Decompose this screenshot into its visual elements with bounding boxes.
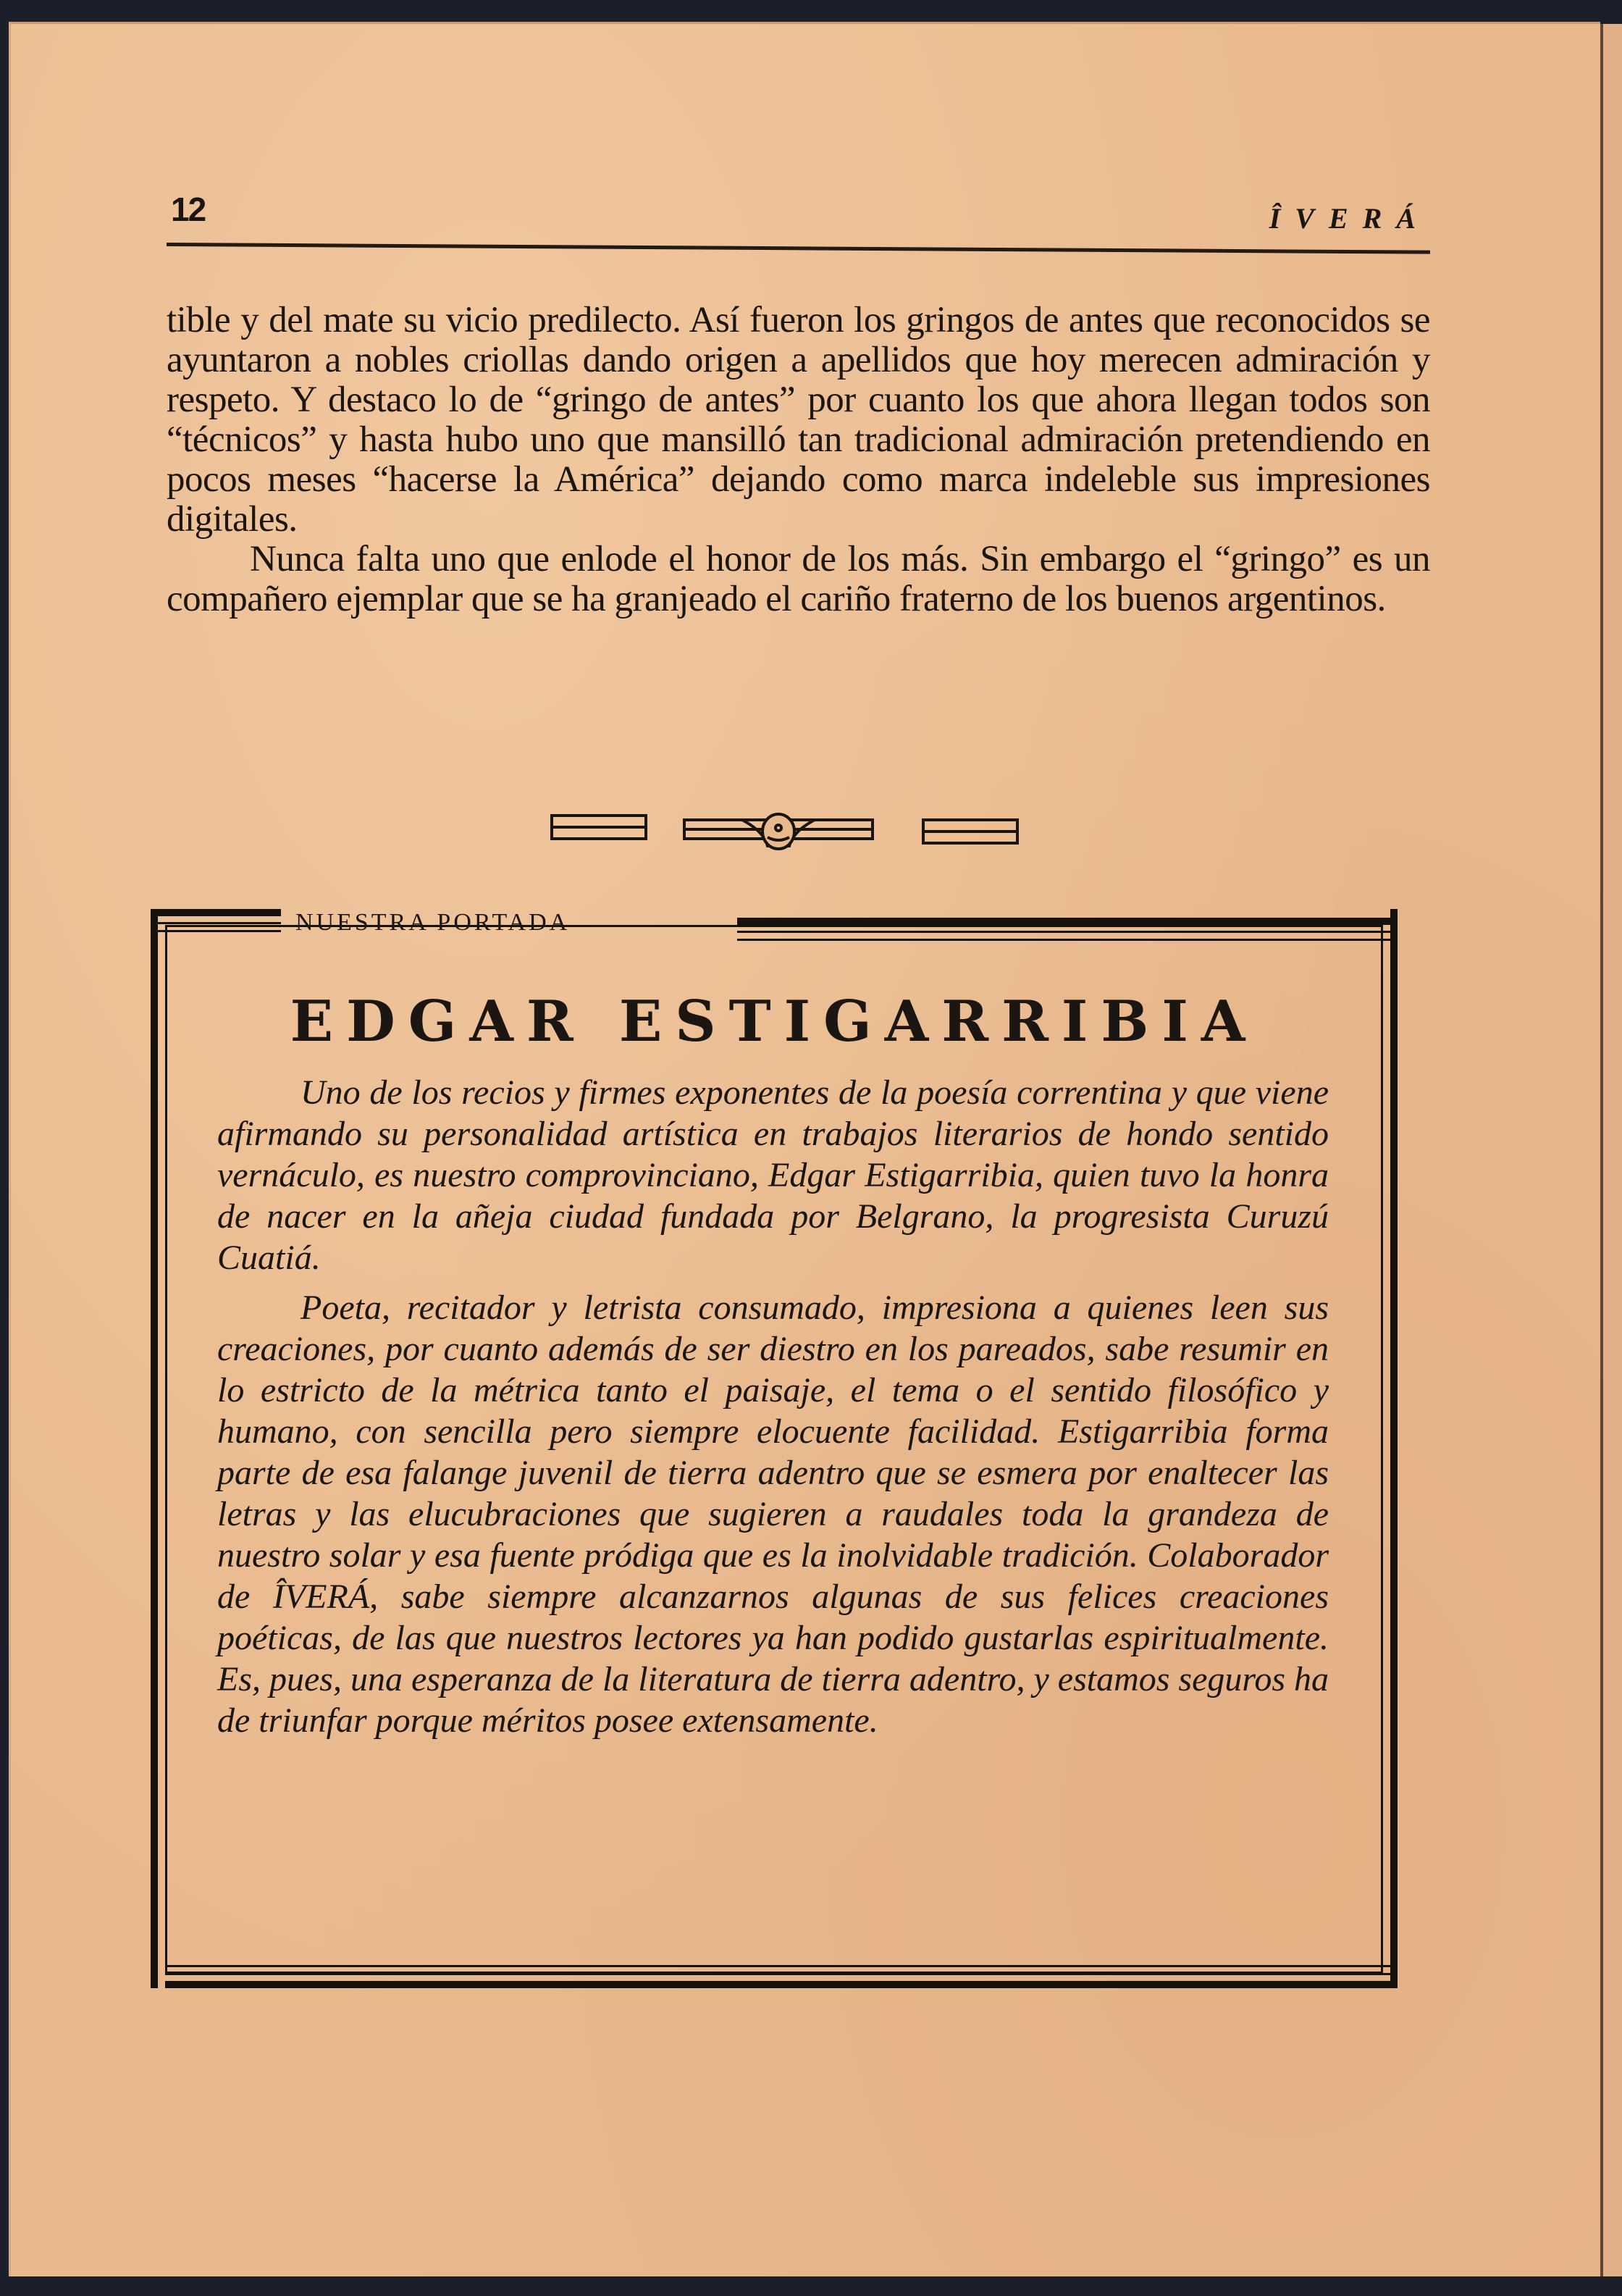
running-title: ÎVERÁ — [1269, 201, 1430, 235]
page-header: 12 ÎVERÁ — [167, 190, 1430, 248]
nuestra-portada-box: NUESTRA PORTADA EDGAR ESTIGARRIBIA Uno d… — [151, 909, 1398, 1988]
page-number: 12 — [171, 190, 205, 229]
next-leaf-edge — [1603, 24, 1622, 2276]
frame-top-rule-left — [151, 909, 281, 932]
paragraph: Nunca falta uno que enlode el honor de l… — [167, 540, 1430, 619]
frame-bottom-rule — [165, 1959, 1398, 1988]
feature-title: EDGAR ESTIGARRIBIA — [151, 989, 1398, 1055]
frame-top-rule-right — [737, 918, 1390, 941]
feature-body: Uno de los recios y firmes exponentes de… — [217, 1072, 1329, 1741]
section-label: NUESTRA PORTADA — [295, 909, 570, 937]
article-body: tible y del mate su vicio predilecto. As… — [167, 301, 1430, 619]
paragraph: tible y del mate su vicio predilecto. As… — [167, 301, 1430, 540]
winged-emblem-divider-icon — [550, 810, 1021, 853]
paragraph: Poeta, recitador y letrista consumado, i… — [217, 1287, 1329, 1741]
paragraph: Uno de los recios y firmes exponentes de… — [217, 1072, 1329, 1278]
